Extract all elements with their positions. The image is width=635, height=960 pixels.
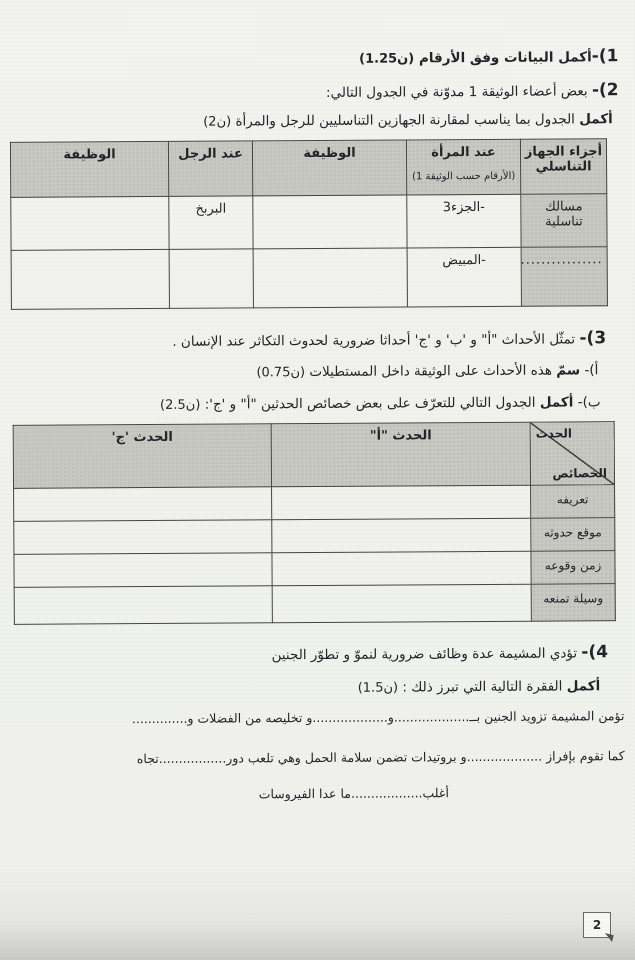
question-2-instruction: أكمل الجدول بما يناسب لمقارنة الجهازين ا…	[203, 111, 613, 130]
table-genital-systems-comparison: أجزاء الجهاز التناسلي عند المرأة (الأرقا…	[10, 138, 608, 310]
table2-row-definition: تعريفه	[14, 485, 615, 522]
table2-corner-cell: الحدث الخصائص	[530, 422, 614, 486]
table2-cell-time-c	[14, 553, 272, 588]
question-4-instruction-text: الفقرة التالية التي تبرز ذلك :	[398, 678, 567, 695]
table2-header-row: الحدث الخصائص الحدث "أ" الحدث 'ج'	[13, 422, 614, 489]
fill-paragraph-line-2: كما تقوم بإفراز ...................و برو…	[137, 748, 625, 766]
table2-cell-prevention-a	[272, 584, 531, 623]
question-4-instruction-bold: أكمل	[567, 678, 601, 694]
table1-header-woman: عند المرأة (الأرقام حسب الوثيقة 1)	[406, 139, 520, 195]
table1-header-woman-label: عند المرأة	[410, 145, 517, 161]
question-3b-score: ‪(2.5ن)‬	[160, 398, 200, 413]
table1-header-parts: أجزاء الجهاز التناسلي	[520, 139, 606, 195]
question-2-instruction-bold: أكمل	[579, 111, 613, 127]
table2-row-time: زمن وقوعه	[14, 551, 615, 588]
table2-corner-event-label: الحدث	[536, 426, 572, 440]
question-2: 2)- بعض أعضاء الوثيقة 1 مدوّنة في الجدول…	[326, 80, 619, 102]
table1-cell-function-woman-1	[253, 195, 407, 249]
table2-label-time: زمن وقوعه	[531, 551, 615, 585]
question-2-text: بعض أعضاء الوثيقة 1 مدوّنة في الجدول الت…	[326, 83, 592, 101]
question-3-number: 3)-	[579, 328, 606, 348]
table1-header-woman-subnote: (الأرقام حسب الوثيقة 1)	[410, 171, 517, 183]
scanned-exam-page: 1)-أكمل البيانات وفق الأرقام ‪(1.25ن)‬ 2…	[0, 0, 635, 960]
fill-paragraph-line-1: تؤمن المشيمة تزويد الجنين بــ...........…	[132, 708, 625, 726]
question-3a-bold: سمّ	[556, 362, 580, 378]
page-content: 1)-أكمل البيانات وفق الأرقام ‪(1.25ن)‬ 2…	[0, 0, 635, 960]
table1-header-man: عند الرجل	[168, 141, 252, 197]
question-3b: ب)- أكمل الجدول التالي للتعرّف على بعض خ…	[160, 394, 601, 413]
table2-label-prevention: وسيلة تمنعه	[531, 584, 615, 622]
table1-cell-part-2: ................	[521, 247, 607, 307]
question-3b-prefix: ب)-	[573, 394, 600, 410]
question-4-score: ‪(1.5ن)‬	[358, 681, 398, 696]
question-4-number: 4)-	[581, 642, 608, 662]
table2-header-event-a: الحدث "أ"	[271, 422, 530, 487]
table2-cell-definition-a	[272, 485, 531, 520]
table-events-characteristics: الحدث الخصائص الحدث "أ" الحدث 'ج' تعريفه…	[13, 421, 616, 625]
question-3: 3)- تمثّل الأحداث "أ" و 'ب' و 'ج' أحداثا…	[172, 328, 606, 351]
question-4-text: تؤدي المشيمة عدة وظائف ضرورية لنموّ و تط…	[272, 645, 582, 663]
question-3a-text: هذه الأحداث على الوثيقة داخل المستطيلات	[305, 363, 556, 381]
table1-cell-man-1: البربخ	[169, 196, 253, 250]
table1-row-genital-tracts: مسالك تناسلية -الجزء3 البربخ	[11, 194, 607, 251]
table1-header-function-man: الوظيفة	[10, 141, 168, 197]
table2-header-event-c: الحدث 'ج'	[13, 424, 271, 489]
question-3a-prefix: أ)-	[580, 362, 598, 378]
question-2-score: ‪(2ن)‬	[203, 115, 231, 130]
question-1-number: 1)-	[592, 46, 619, 66]
table1-cell-man-2	[169, 249, 253, 309]
table2-row-location: موقع حدوثه	[14, 518, 615, 555]
table2-cell-location-c	[14, 520, 272, 555]
table1-cell-function-woman-2	[253, 248, 407, 308]
question-3-text: تمثّل الأحداث "أ" و 'ب' و 'ج' أحداثا ضرو…	[172, 331, 579, 349]
table1-cell-woman-2: -المبيض	[407, 247, 521, 307]
question-2-number: 2)-	[592, 80, 619, 100]
page-number-box: 2	[583, 912, 611, 938]
table2-cell-location-a	[272, 518, 531, 553]
table1-cell-function-man-2	[11, 249, 169, 309]
page-number: 2	[593, 918, 601, 932]
table2-cell-time-a	[272, 551, 531, 586]
table2-row-prevention: وسيلة تمنعه	[14, 584, 615, 625]
table2-cell-definition-c	[14, 487, 272, 522]
question-4-instruction: أكمل الفقرة التالية التي تبرز ذلك : ‪(1.…	[358, 678, 601, 695]
question-3a-score: ‪(0.75ن)‬	[256, 365, 305, 380]
question-4: 4)- تؤدي المشيمة عدة وظائف ضرورية لنموّ …	[271, 642, 608, 664]
table2-label-location: موقع حدوثه	[531, 518, 615, 552]
question-1: 1)-أكمل البيانات وفق الأرقام ‪(1.25ن)‬	[359, 46, 618, 68]
table2-cell-prevention-c	[14, 586, 272, 625]
table1-cell-woman-1: -الجزء3	[407, 194, 521, 248]
question-2-instruction-text: الجدول بما يناسب لمقارنة الجهازين التناس…	[231, 111, 579, 129]
question-3b-text: الجدول التالي للتعرّف على بعض خصائص الحد…	[200, 395, 540, 413]
table1-cell-part-1: مسالك تناسلية	[521, 194, 607, 248]
question-1-score: ‪(1.25ن)‬	[359, 51, 414, 66]
table1-row-blank-part: ................ -المبيض	[11, 247, 607, 310]
question-3a: أ)- سمّ هذه الأحداث على الوثيقة داخل الم…	[256, 362, 598, 380]
fill-paragraph-line-3: أغلب..................ما عدا الفيروسات	[259, 785, 449, 801]
table1-header-row: أجزاء الجهاز التناسلي عند المرأة (الأرقا…	[10, 139, 606, 198]
table1-cell-function-man-1	[11, 196, 169, 250]
table2-label-definition: تعريفه	[531, 485, 615, 519]
question-1-text: أكمل البيانات وفق الأرقام	[414, 49, 592, 66]
question-3b-bold: أكمل	[540, 394, 574, 410]
table1-header-function-woman: الوظيفة	[252, 140, 406, 196]
table2-corner-characteristics-label: الخصائص	[552, 466, 607, 480]
